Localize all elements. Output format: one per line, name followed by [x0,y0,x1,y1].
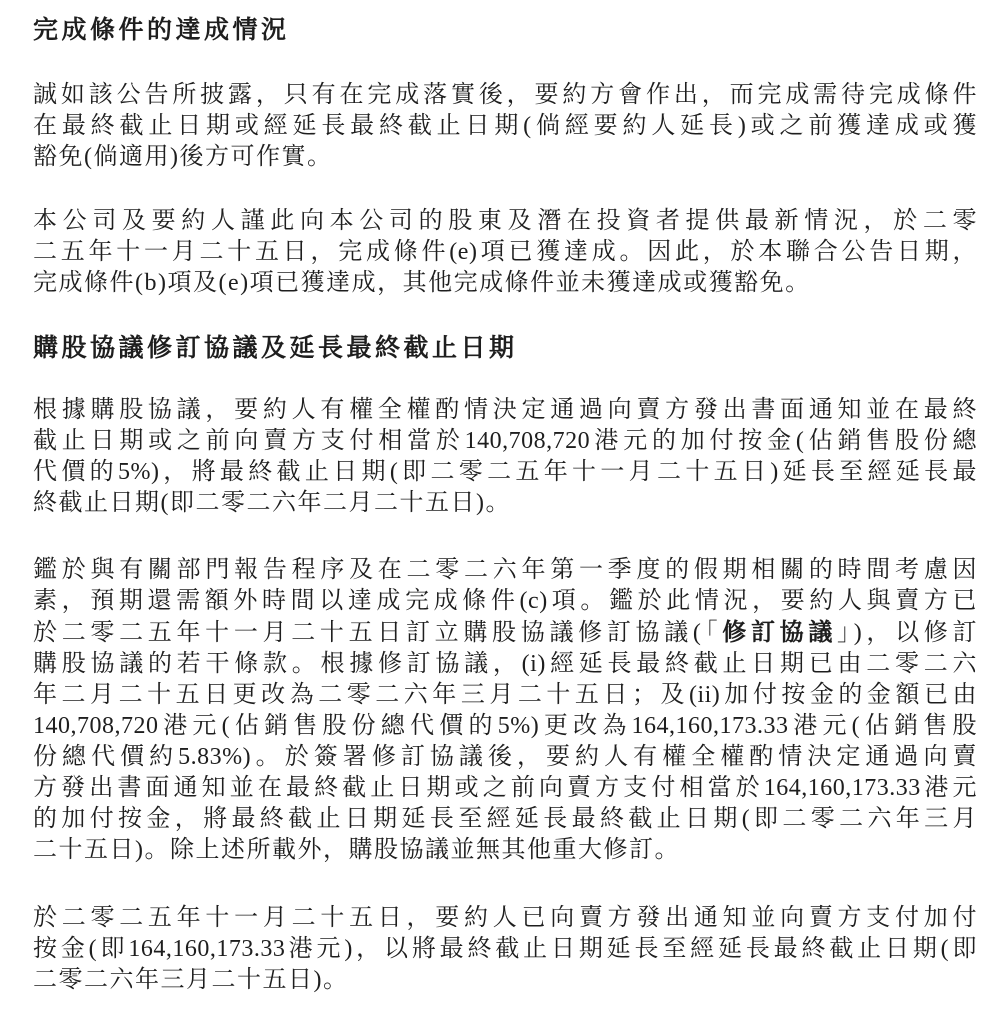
text-line: 截止日期或之前向賣方支付相當於140,708,720港元的加付按金(佔銷售股份總 [33,426,977,457]
text-line: 在最終截止日期或經延長最終截止日期(倘經要約人延長)或之前獲達成或獲 [33,111,977,142]
text-line: 豁免(倘適用)後方可作實。 [33,142,977,173]
paragraph-amendment-details: 鑑於與有關部門報告程序及在二零二六年第一季度的假期相關的時間考慮因素，預期還需額… [33,555,977,866]
text-line: 終截止日期(即二零二六年二月二十五日)。 [33,488,977,519]
heading-amendment-agreement: 購股協議修訂協議及延長最終截止日期 [33,332,977,364]
text-line: 140,708,720港元(佔銷售股份總代價的5%)更改為164,160,173… [33,711,977,742]
paragraph-notice-and-payment: 於二零二五年十一月二十五日，要約人已向賣方發出通知並向賣方支付加付按金(即164… [33,903,977,996]
heading-completion-conditions-status: 完成條件的達成情況 [33,14,977,46]
text-line: 二五年十一月二十五日，完成條件(e)項已獲達成。因此，於本聯合公告日期， [33,237,977,268]
text-line: 二十五日)。除上述所載外，購股協議並無其他重大修訂。 [33,835,977,866]
text-line: 本公司及要約人謹此向本公司的股東及潛在投資者提供最新情況，於二零 [33,206,977,237]
paragraph-update-to-shareholders: 本公司及要約人謹此向本公司的股東及潛在投資者提供最新情況，於二零二五年十一月二十… [33,206,977,299]
text-line: 購股協議的若干條款。根據修訂協議，(i)經延長最終截止日期已由二零二六 [33,649,977,680]
text-line: 素，預期還需額外時間以達成完成條件(c)項。鑑於此情況，要約人與賣方已 [33,586,977,617]
paragraph-disclosure: 誠如該公告所披露，只有在完成落實後，要約方會作出，而完成需待完成條件在最終截止日… [33,80,977,173]
text-line: 代價的5%)，將最終截止日期(即二零二五年十一月二十五日)延長至經延長最 [33,457,977,488]
text-line: 於二零二五年十一月二十五日，要約人已向賣方發出通知並向賣方支付加付 [33,903,977,934]
text-line: 年二月二十五日更改為二零二六年三月二十五日；及(ii)加付按金的金額已由 [33,680,977,711]
text-line: 的加付按金，將最終截止日期延長至經延長最終截止日期(即二零二六年三月 [33,804,977,835]
text-line: 根據購股協議，要約人有權全權酌情決定通過向賣方發出書面通知並在最終 [33,395,977,426]
text-line: 誠如該公告所披露，只有在完成落實後，要約方會作出，而完成需待完成條件 [33,80,977,111]
text-line: 於二零二五年十一月二十五日訂立購股協議修訂協議(「修訂協議」)，以修訂 [33,617,977,649]
text-line: 鑑於與有關部門報告程序及在二零二六年第一季度的假期相關的時間考慮因 [33,555,977,586]
text-line: 二零二六年三月二十五日)。 [33,965,977,996]
paragraph-original-extension-right: 根據購股協議，要約人有權全權酌情決定通過向賣方發出書面通知並在最終截止日期或之前… [33,395,977,519]
text-line: 按金(即164,160,173.33港元)，以將最終截止日期延長至經延長最終截止… [33,934,977,965]
text-line: 方發出書面通知並在最終截止日期或之前向賣方支付相當於164,160,173.33… [33,773,977,804]
text-line: 份總代價約5.83%)。於簽署修訂協議後，要約人有權全權酌情決定通過向賣 [33,742,977,773]
defined-term: 修訂協議 [722,619,837,646]
text-line: 完成條件(b)項及(e)項已獲達成，其他完成條件並未獲達成或獲豁免。 [33,268,977,299]
announcement-document: 完成條件的達成情況誠如該公告所披露，只有在完成落實後，要約方會作出，而完成需待完… [0,0,1008,1012]
